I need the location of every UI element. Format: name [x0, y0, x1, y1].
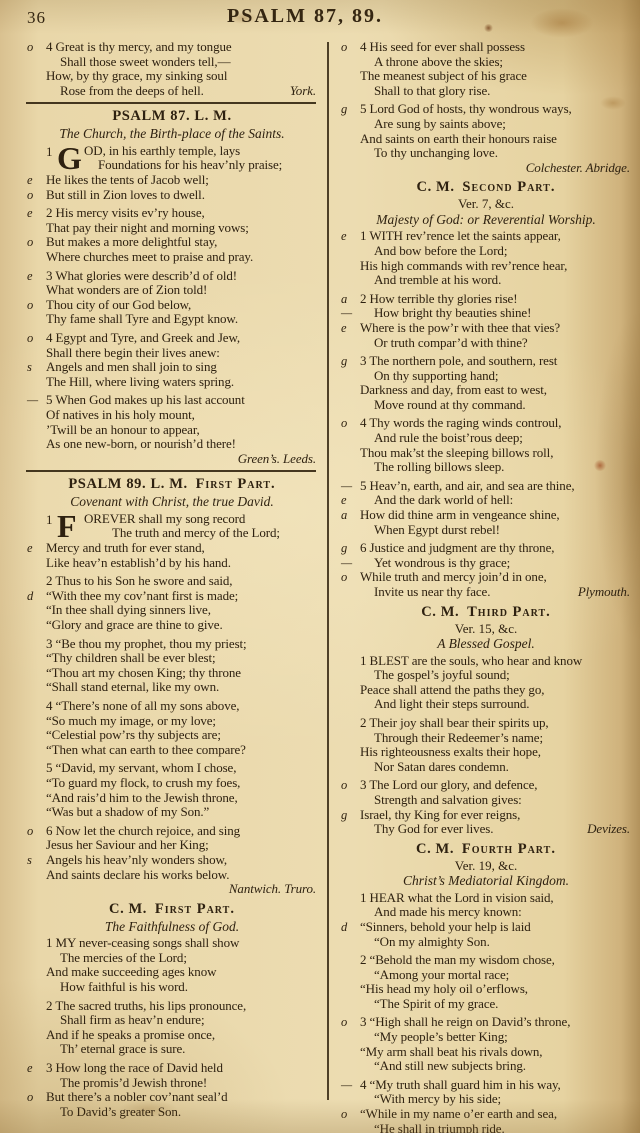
line-text: How faithful is his word. [60, 980, 188, 995]
line-text: 5 “David, my servant, whom I chose, [46, 761, 236, 776]
hymn-line: “With mercy by his side; [340, 1092, 632, 1107]
hymn-line: Jesus her Saviour and her King; [26, 838, 318, 853]
hymn-line: 1 BLEST are the souls, who hear and know [340, 654, 632, 669]
stanza: e1 WITH rev’rence let the saints appear,… [340, 229, 632, 287]
hymn-line: “The Spirit of my grace. [340, 997, 632, 1012]
stanza: o4 Egypt and Tyre, and Greek and Jew,Sha… [26, 331, 318, 389]
expression-mark: o [27, 331, 44, 346]
stanza: —5 When God makes up his last accountOf … [26, 393, 318, 466]
expression-mark: e [27, 173, 44, 188]
hymn-line: To David’s greater Son. [26, 1105, 318, 1120]
hymn-line: Foundations for his heav’nly praise; [26, 158, 318, 173]
line-text: “He shall in triumph ride. [374, 1122, 505, 1133]
line-text: Are sung by saints above; [374, 117, 506, 132]
line-text: And made his mercy known: [374, 905, 522, 920]
line-text: “Celestial pow’rs thy subjects are; [46, 728, 221, 743]
line-text: OREVER shall my song record [84, 512, 245, 527]
stanza: 1GOD, in his earthly temple, laysFoundat… [26, 144, 318, 202]
expression-mark: e [341, 229, 358, 244]
tune-attribution: Devizes. [587, 822, 632, 837]
line-text: 1 HEAR what the Lord in vision said, [360, 891, 554, 906]
hymn-line: “Was but a shadow of my Son.” [26, 805, 318, 820]
line-text: 3 The Lord our glory, and defence, [360, 778, 537, 793]
line-text: “So much my image, or my love; [46, 714, 216, 729]
line-text: His righteousness exalts their hope, [360, 745, 541, 760]
stanza: —4 “My truth shall guard him in his way,… [340, 1078, 632, 1133]
line-text: Foundations for his heav’nly praise; [98, 158, 282, 173]
hymn-line: Strength and salvation gives: [340, 793, 632, 808]
line-text: Israel, thy King for ever reigns, [360, 808, 520, 823]
stanza: o4 His seed for ever shall possessA thro… [340, 40, 632, 98]
hymn-line: “My people’s better King; [340, 1030, 632, 1045]
hymn-line: The gospel’s joyful sound; [340, 668, 632, 683]
hymn-line: “Then what can earth to thee compare? [26, 743, 318, 758]
line-text: 5 When God makes up his last account [46, 393, 245, 408]
hymn-line: oBut still in Zion loves to dwell. [26, 188, 318, 203]
expression-mark: d [27, 589, 44, 604]
heading-main: C. M. [416, 841, 454, 857]
hymn-line: 5 “David, my servant, whom I chose, [26, 761, 318, 776]
hymn-line: eHe likes the tents of Jacob well; [26, 173, 318, 188]
stanza: e3 How long the race of David heldThe pr… [26, 1061, 318, 1119]
hymn-line: “Thy children shall be ever blest; [26, 651, 318, 666]
line-text: And if he speaks a promise once, [46, 1028, 215, 1043]
stanza: 1 MY never-ceasing songs shall showThe m… [26, 936, 318, 994]
stanza: 3 “Be thou my prophet, thou my priest;“T… [26, 637, 318, 695]
line-text: How, by thy grace, my sinking soul [46, 69, 227, 84]
expression-mark: a [341, 508, 358, 523]
line-text: And bow before the Lord; [374, 244, 507, 259]
tune-attribution: Nantwich. Truro. [229, 882, 318, 897]
stanza: e2 His mercy visits ev’ry house,That pay… [26, 206, 318, 264]
column-divider [327, 42, 329, 1100]
stanza: 2 The sacred truths, his lips pronounce,… [26, 999, 318, 1057]
hymn-line: —5 Heav’n, earth, and air, and sea are t… [340, 479, 632, 494]
line-text: And rule the boist’rous deep; [374, 431, 523, 446]
heading-main: C. M. [421, 604, 459, 620]
hymn-line: Of natives in his holy mount, [26, 408, 318, 423]
line-text: Angels his heav’nly wonders show, [46, 853, 227, 868]
hymn-line: “To guard my flock, to crush my foes, [26, 776, 318, 791]
hymn-line: sAngels his heav’nly wonders show, [26, 853, 318, 868]
line-text: 4 Thy words the raging winds controul, [360, 416, 561, 431]
line-text: But still in Zion loves to dwell. [46, 188, 205, 203]
stanza: o4 Great is thy mercy, and my tongueShal… [26, 40, 318, 98]
line-text: OD, in his earthly temple, lays [84, 144, 240, 159]
stanza: 2 Thus to his Son he swore and said,d“Wi… [26, 574, 318, 632]
line-text: 3 What glories were describ’d of old! [46, 269, 237, 284]
line-text: Invite us near thy face. [374, 585, 490, 600]
hymn-line: —5 When God makes up his last account [26, 393, 318, 408]
hymn-line: On thy supporting hand; [340, 369, 632, 384]
heading-part: First Part. [196, 476, 276, 492]
psalm-heading: C. M. Third Part. [340, 604, 632, 621]
line-text: Like heav’n establish’d by his hand. [46, 556, 231, 571]
line-text: “On my almighty Son. [374, 935, 490, 950]
line-text: 4 “There’s none of all my sons above, [46, 699, 239, 714]
hymn-line: o3 “High shall he reign on David’s thron… [340, 1015, 632, 1030]
hymn-line: g5 Lord God of hosts, thy wondrous ways, [340, 102, 632, 117]
hymn-line: “His head my holy oil o’erflows, [340, 982, 632, 997]
psalm-subtitle: Christ’s Mediatorial Kingdom. [340, 873, 632, 889]
hymn-line: Thou mak’st the sleeping billows roll, [340, 446, 632, 461]
hymn-line: 2 “Behold the man my wisdom chose, [340, 953, 632, 968]
hymn-line: The rolling billows sleep. [340, 460, 632, 475]
hymn-line: Like heav’n establish’d by his hand. [26, 556, 318, 571]
hymn-line: —Yet wondrous is thy grace; [340, 556, 632, 571]
line-text: “Thou art my chosen King; thy throne [46, 666, 241, 681]
hymn-line: —How bright thy beauties shine! [340, 306, 632, 321]
line-text: “Was but a shadow of my Son.” [46, 805, 209, 820]
hymn-line: Shall those sweet wonders tell,— [26, 55, 318, 70]
hymn-line: g3 The northern pole, and southern, rest [340, 354, 632, 369]
line-text: While truth and mercy join’d in one, [360, 570, 547, 585]
line-text: And the dark world of hell: [374, 493, 513, 508]
hymn-line: “Glory and grace are thine to give. [26, 618, 318, 633]
hymn-line: “Thou art my chosen King; thy throne [26, 666, 318, 681]
hymn-line: sAngels and men shall join to sing [26, 360, 318, 375]
line-text: “While in my name o’er earth and sea, [360, 1107, 557, 1122]
stanza: —5 Heav’n, earth, and air, and sea are t… [340, 479, 632, 537]
line-text: 6 Justice and judgment are thy throne, [360, 541, 554, 556]
expression-mark: o [27, 188, 44, 203]
line-text: 1 WITH rev’rence let the saints appear, [360, 229, 561, 244]
line-text: 6 Now let the church rejoice, and sing [46, 824, 240, 839]
hymn-line: eMercy and truth for ever stand, [26, 541, 318, 556]
line-text: The meanest subject of his grace [360, 69, 527, 84]
hymn-line: Nantwich. Truro. [26, 882, 318, 897]
hymn-line: d“Sinners, behold your help is laid [340, 920, 632, 935]
hymn-line: oBut there’s a nobler cov’nant seal’d [26, 1090, 318, 1105]
hymn-line: 1 MY never-ceasing songs shall show [26, 936, 318, 951]
line-text: Yet wondrous is thy grace; [374, 556, 510, 571]
hymn-line: Where churches meet to praise and pray. [26, 250, 318, 265]
line-text: That pay their night and morning vows; [46, 221, 249, 236]
line-text: To David’s greater Son. [60, 1105, 181, 1120]
hymn-line: o“While in my name o’er earth and sea, [340, 1107, 632, 1122]
hymn-line: Shall firm as heav’n endure; [26, 1013, 318, 1028]
stanza: g3 The northern pole, and southern, rest… [340, 354, 632, 412]
hymn-line: o3 The Lord our glory, and defence, [340, 778, 632, 793]
expression-mark: — [341, 556, 358, 571]
expression-mark: — [27, 393, 44, 408]
hymn-line: g6 Justice and judgment are thy throne, [340, 541, 632, 556]
line-text: 1 MY never-ceasing songs shall show [46, 936, 239, 951]
expression-mark: — [341, 306, 358, 321]
stanza: 5 “David, my servant, whom I chose,“To g… [26, 761, 318, 819]
stanza: e3 What glories were describ’d of old!Wh… [26, 269, 318, 327]
line-text: 2 How terrible thy glories rise! [360, 292, 517, 307]
line-text: His high commands with rev’rence hear, [360, 259, 567, 274]
expression-mark: g [341, 541, 358, 556]
hymn-line: gIsrael, thy King for ever reigns, [340, 808, 632, 823]
hymn-line: eWhere is the pow’r with thee that vies? [340, 321, 632, 336]
hymn-line: oBut makes a more delightful stay, [26, 235, 318, 250]
left-column: o4 Great is thy mercy, and my tongueShal… [26, 40, 318, 1119]
hymn-line: a2 How terrible thy glories rise! [340, 292, 632, 307]
line-text: 2 “Behold the man my wisdom chose, [360, 953, 555, 968]
hymn-line: How, by thy grace, my sinking soul [26, 69, 318, 84]
hymn-line: And saints declare his works below. [26, 868, 318, 883]
line-text: “In thee shall dying sinners live, [46, 603, 211, 618]
expression-mark: o [27, 298, 44, 313]
hymn-line: A throne above the skies; [340, 55, 632, 70]
running-head: PSALM 87, 89. [0, 5, 610, 28]
psalm-subtitle: A Blessed Gospel. [340, 636, 632, 652]
line-text: Thy God for ever lives. [374, 822, 493, 837]
stanza: 4 “There’s none of all my sons above,“So… [26, 699, 318, 757]
tune-attribution: Plymouth. [578, 585, 632, 600]
verse-ref: Ver. 7, &c. [340, 197, 632, 212]
line-text: As one new-born, or nourish’d there! [46, 437, 236, 452]
expression-mark: o [341, 1107, 358, 1122]
hymn-line: 1 HEAR what the Lord in vision said, [340, 891, 632, 906]
expression-mark: s [27, 853, 44, 868]
line-text: Where is the pow’r with thee that vies? [360, 321, 560, 336]
line-text: “With thee my cov’nant first is made; [46, 589, 238, 604]
line-text: Move round at thy command. [374, 398, 526, 413]
expression-mark: e [341, 493, 358, 508]
hymn-line: And light their steps surround. [340, 697, 632, 712]
hymn-line: And saints on earth their honours raise [340, 132, 632, 147]
line-text: Shall firm as heav’n endure; [60, 1013, 205, 1028]
line-text: On thy supporting hand; [374, 369, 498, 384]
line-text: How did thine arm in vengeance shine, [360, 508, 560, 523]
hymn-line: Darkness and day, from east to west, [340, 383, 632, 398]
hymn-line: d“With thee my cov’nant first is made; [26, 589, 318, 604]
line-text: And tremble at his word. [374, 273, 501, 288]
hymn-line: “On my almighty Son. [340, 935, 632, 950]
hymn-line: e3 How long the race of David held [26, 1061, 318, 1076]
hymn-line: Green’s. Leeds. [26, 452, 318, 467]
hymn-line: The meanest subject of his grace [340, 69, 632, 84]
line-text: “To guard my flock, to crush my foes, [46, 776, 240, 791]
expression-mark: s [27, 360, 44, 375]
line-text: And light their steps surround. [374, 697, 529, 712]
hymn-line: o4 Egypt and Tyre, and Greek and Jew, [26, 331, 318, 346]
expression-mark: — [341, 1078, 358, 1093]
line-text: Mercy and truth for ever stand, [46, 541, 205, 556]
line-text: “The Spirit of my grace. [374, 997, 498, 1012]
expression-mark: o [27, 40, 44, 55]
heading-part: Fourth Part. [462, 841, 556, 857]
hymn-line: 3 “Be thou my prophet, thou my priest; [26, 637, 318, 652]
expression-mark: o [27, 235, 44, 250]
hymn-line: Th’ eternal grace is sure. [26, 1042, 318, 1057]
heading-main: C. M. [109, 901, 147, 917]
hymn-line: oWhile truth and mercy join’d in one, [340, 570, 632, 585]
line-text: “Shall stand eternal, like my own. [46, 680, 219, 695]
hymn-line: 2 Thus to his Son he swore and said, [26, 574, 318, 589]
hymn-line: Rose from the deeps of hell.York. [26, 84, 318, 99]
hymn-line: The mercies of the Lord; [26, 951, 318, 966]
hymn-line: “He shall in triumph ride. [340, 1122, 632, 1133]
hymn-line: oThou city of our God below, [26, 298, 318, 313]
hymn-line: Through their Redeemer’s name; [340, 731, 632, 746]
hymn-line: That pay their night and morning vows; [26, 221, 318, 236]
hymn-line: OREVER shall my song record [26, 512, 318, 527]
line-text: 5 Lord God of hosts, thy wondrous ways, [360, 102, 572, 117]
line-text: The rolling billows sleep. [374, 460, 504, 475]
hymn-line: e3 What glories were describ’d of old! [26, 269, 318, 284]
line-text: Strength and salvation gives: [374, 793, 522, 808]
line-text: The Hill, where living waters spring. [46, 375, 234, 390]
hymn-line: aHow did thine arm in vengeance shine, [340, 508, 632, 523]
line-text: How bright thy beauties shine! [374, 306, 531, 321]
hymn-line: Are sung by saints above; [340, 117, 632, 132]
line-text: Nor Satan dares condemn. [374, 760, 509, 775]
line-text: 2 Their joy shall bear their spirits up, [360, 716, 549, 731]
hymn-line: “My arm shall beat his rivals down, [340, 1045, 632, 1060]
line-text: When Egypt durst rebel! [374, 523, 500, 538]
line-text: “Thy children shall be ever blest; [46, 651, 216, 666]
hymn-line: And make succeeding ages know [26, 965, 318, 980]
heading-part: Second Part. [462, 179, 555, 195]
hymn-line: When Egypt durst rebel! [340, 523, 632, 538]
hymn-line: The Hill, where living waters spring. [26, 375, 318, 390]
hymn-line: To thy unchanging love. [340, 146, 632, 161]
line-text: But there’s a nobler cov’nant seal’d [46, 1090, 228, 1105]
hymn-line: e1 WITH rev’rence let the saints appear, [340, 229, 632, 244]
line-text: 3 The northern pole, and southern, rest [360, 354, 557, 369]
line-text: Jesus her Saviour and her King; [46, 838, 209, 853]
stanza: g6 Justice and judgment are thy throne,—… [340, 541, 632, 599]
line-text: “Among your mortal race; [374, 968, 509, 983]
hymn-line: His high commands with rev’rence hear, [340, 259, 632, 274]
line-text: Or truth compar’d with thine? [374, 336, 528, 351]
expression-mark: o [27, 824, 44, 839]
hymn-line: —4 “My truth shall guard him in his way, [340, 1078, 632, 1093]
line-text: Th’ eternal grace is sure. [60, 1042, 185, 1057]
hymn-line: And tremble at his word. [340, 273, 632, 288]
hymn-line: eAnd the dark world of hell: [340, 493, 632, 508]
expression-mark: o [341, 40, 358, 55]
expression-mark: g [341, 808, 358, 823]
psalm-heading: PSALM 89. L. M. First Part. [26, 476, 318, 493]
hymn-line: And bow before the Lord; [340, 244, 632, 259]
line-text: “Sinners, behold your help is laid [360, 920, 531, 935]
line-text: Peace shall attend the paths they go, [360, 683, 544, 698]
right-column: o4 His seed for ever shall possessA thro… [340, 40, 632, 1133]
line-text: 4 “My truth shall guard him in his way, [360, 1078, 561, 1093]
hymn-line: o4 Great is thy mercy, and my tongue [26, 40, 318, 55]
section-rule [26, 102, 316, 104]
line-text: 3 How long the race of David held [46, 1061, 223, 1076]
line-text: Shall to that glory rise. [374, 84, 490, 99]
expression-mark: o [27, 1090, 44, 1105]
stanza: a2 How terrible thy glories rise!—How br… [340, 292, 632, 350]
stanza: o3 The Lord our glory, and defence,Stren… [340, 778, 632, 836]
hymn-line: “And still new subjects bring. [340, 1059, 632, 1074]
line-text: “And rais’d him to the Jewish throne, [46, 791, 238, 806]
hymn-line: Thy God for ever lives.Devizes. [340, 822, 632, 837]
hymn-line: 2 Their joy shall bear their spirits up, [340, 716, 632, 731]
line-text: Of natives in his holy mount, [46, 408, 195, 423]
line-text: Angels and men shall join to sing [46, 360, 217, 375]
expression-mark: e [27, 1061, 44, 1076]
line-text: “With mercy by his side; [374, 1092, 501, 1107]
heading-main: PSALM 89. L. M. [68, 476, 187, 492]
line-text: 3 “Be thou my prophet, thou my priest; [46, 637, 247, 652]
line-text: 3 “High shall he reign on David’s throne… [360, 1015, 570, 1030]
hymn-line: o4 Thy words the raging winds controul, [340, 416, 632, 431]
hymn-line: Move round at thy command. [340, 398, 632, 413]
expression-mark: g [341, 102, 358, 117]
hymn-line: And if he speaks a promise once, [26, 1028, 318, 1043]
psalm-heading: C. M. Second Part. [340, 179, 632, 196]
line-text: Darkness and day, from east to west, [360, 383, 547, 398]
line-text: Thou mak’st the sleeping billows roll, [360, 446, 553, 461]
hymn-line: As one new-born, or nourish’d there! [26, 437, 318, 452]
line-text: The truth and mercy of the Lord; [112, 526, 280, 541]
line-text: Through their Redeemer’s name; [374, 731, 543, 746]
heading-part: Third Part. [467, 604, 551, 620]
verse-ref: Ver. 15, &c. [340, 622, 632, 637]
verse-ref: Ver. 19, &c. [340, 859, 632, 874]
line-text: “Then what can earth to thee compare? [46, 743, 246, 758]
expression-mark: e [341, 321, 358, 336]
line-text: Shall those sweet wonders tell,— [60, 55, 230, 70]
expression-mark: d [341, 920, 358, 935]
expression-mark: e [27, 269, 44, 284]
hymn-line: “So much my image, or my love; [26, 714, 318, 729]
hymn-line: Or truth compar’d with thine? [340, 336, 632, 351]
hymn-line: How faithful is his word. [26, 980, 318, 995]
stanza: o6 Now let the church rejoice, and singJ… [26, 824, 318, 897]
line-text: And saints declare his works below. [46, 868, 229, 883]
line-text: And saints on earth their honours raise [360, 132, 557, 147]
tune-attribution: Colchester. Abridge. [526, 161, 632, 176]
line-text: “My people’s better King; [374, 1030, 508, 1045]
line-text: 4 Egypt and Tyre, and Greek and Jew, [46, 331, 240, 346]
psalm-heading: PSALM 87. L. M. [26, 108, 318, 125]
expression-mark: g [341, 354, 358, 369]
line-text: Thy fame shall Tyre and Egypt know. [46, 312, 238, 327]
line-text: The gospel’s joyful sound; [374, 668, 510, 683]
hymn-line: Thy fame shall Tyre and Egypt know. [26, 312, 318, 327]
tune-attribution: York. [290, 84, 318, 99]
hymn-line: 2 The sacred truths, his lips pronounce, [26, 999, 318, 1014]
stanza: 1FOREVER shall my song recordThe truth a… [26, 512, 318, 570]
stanza: 2 “Behold the man my wisdom chose,“Among… [340, 953, 632, 1011]
line-text: What wonders are of Zion told! [46, 283, 207, 298]
hymn-line: “Celestial pow’rs thy subjects are; [26, 728, 318, 743]
stanza: o4 Thy words the raging winds controul,A… [340, 416, 632, 474]
hymn-line: And rule the boist’rous deep; [340, 431, 632, 446]
stanza: 1 BLEST are the souls, who hear and know… [340, 654, 632, 712]
line-text: A throne above the skies; [374, 55, 503, 70]
expression-mark: o [341, 570, 358, 585]
line-text: Rose from the deeps of hell. [60, 84, 204, 99]
line-text: 2 The sacred truths, his lips pronounce, [46, 999, 246, 1014]
hymn-line: “Among your mortal race; [340, 968, 632, 983]
hymn-line: His righteousness exalts their hope, [340, 745, 632, 760]
hymn-line: The truth and mercy of the Lord; [26, 526, 318, 541]
line-text: 4 His seed for ever shall possess [360, 40, 525, 55]
line-text: Shall there begin their lives anew: [46, 346, 220, 361]
hymn-line: Nor Satan dares condemn. [340, 760, 632, 775]
line-text: The mercies of the Lord; [60, 951, 187, 966]
hymn-line: And made his mercy known: [340, 905, 632, 920]
hymn-line: What wonders are of Zion told! [26, 283, 318, 298]
line-text: Where churches meet to praise and pray. [46, 250, 253, 265]
expression-mark: a [341, 292, 358, 307]
expression-mark: e [27, 541, 44, 556]
hymn-line: Invite us near thy face.Plymouth. [340, 585, 632, 600]
line-text: 2 His mercy visits ev’ry house, [46, 206, 205, 221]
line-text: He likes the tents of Jacob well; [46, 173, 209, 188]
line-text: The promis’d Jewish throne! [60, 1076, 207, 1091]
